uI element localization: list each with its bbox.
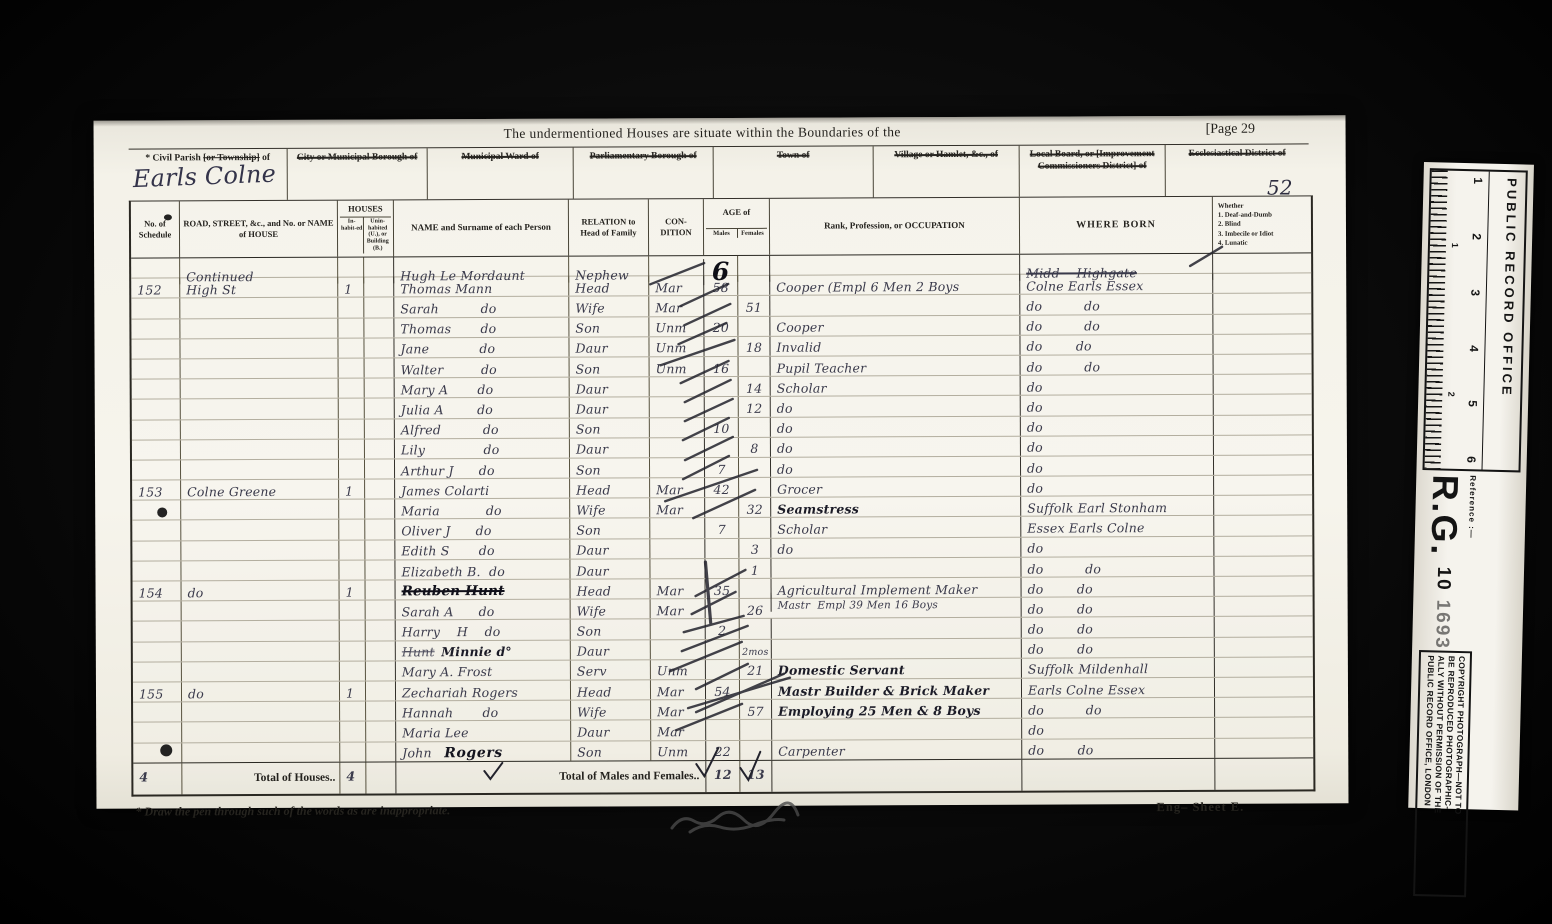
where-born-text: do do — [1028, 583, 1093, 596]
cell-age-male: 54 — [705, 680, 739, 699]
cell-uninhabited — [364, 479, 394, 498]
cell-relation: Son — [569, 519, 649, 539]
cell-relation: Head — [568, 277, 648, 297]
cell-road — [180, 500, 338, 520]
name-struck-prefix: Hunt — [402, 647, 435, 660]
cell-schedule-no: 152 — [131, 279, 179, 298]
cell-schedule-no — [133, 743, 181, 762]
cell-age-female: 57 — [739, 700, 771, 719]
cell-inhabited: 1 — [339, 581, 365, 600]
cell-uninhabited — [365, 641, 395, 660]
cell-age-male — [705, 660, 739, 679]
pro-ruler: 12 123456 PUBLIC RECORD OFFICE — [1422, 168, 1527, 472]
ruler-inch-number: 1 — [1450, 243, 1460, 248]
cell-age-male — [705, 720, 739, 739]
cell-road — [181, 621, 339, 641]
cell-disability — [1214, 718, 1307, 738]
cell-road: Colne Greene — [180, 480, 338, 500]
totals-males-females-label: Total of Males and Females.. — [395, 761, 705, 793]
col-header-disability: Whether1. Deaf-and-Dumb2. Blind3. Imbeci… — [1212, 196, 1305, 252]
cell-name: Jane do — [393, 337, 568, 357]
totals-occupation-blank — [771, 759, 1021, 791]
cell-age-female — [737, 276, 769, 295]
houses-subcolumns: In-habit-ed Unin-habited (U.), or Buildi… — [340, 216, 391, 254]
person-name: Mary A do — [401, 384, 494, 397]
person-name: Sarah A do — [402, 606, 495, 619]
person-name: Zechariah Rogers — [402, 687, 518, 700]
cell-schedule-no — [132, 359, 180, 378]
where-born-text: do — [1028, 725, 1044, 738]
cell-inhabited: 1 — [337, 278, 363, 297]
totals-males-value: 12 — [705, 761, 739, 792]
cell-schedule-no — [132, 440, 180, 459]
cell-where-born: do do — [1021, 637, 1214, 657]
cell-inhabited: 1 — [339, 681, 365, 700]
cell-schedule-no — [132, 521, 180, 540]
col-header-relation: RELATION to Head of Family — [568, 199, 648, 255]
cell-uninhabited — [364, 439, 394, 458]
cell-road — [180, 560, 338, 580]
cell-road — [181, 601, 339, 621]
cell-where-born: Essex Earls Colne — [1020, 516, 1213, 536]
reference-number: R.G.101693 — [1420, 474, 1466, 643]
cell-where-born: do do — [1021, 738, 1214, 758]
cell-age-female — [738, 458, 770, 477]
cell-age-female — [739, 740, 771, 759]
cell-schedule-no — [131, 319, 179, 338]
cell-uninhabited — [363, 338, 393, 357]
cell-age-female: 1 — [738, 559, 770, 578]
person-name: Lily do — [401, 444, 500, 457]
where-born-text: do — [1027, 442, 1043, 455]
cell-road — [180, 540, 338, 560]
cell-name: Mary A. Frost — [395, 660, 570, 680]
cell-schedule-no — [132, 561, 180, 580]
cell-where-born: do — [1020, 536, 1213, 556]
ruler-number: 2 — [1470, 233, 1484, 240]
cell-relation: Head — [570, 680, 650, 700]
cell-road — [179, 298, 337, 318]
cell-schedule-no — [132, 420, 180, 439]
cell-inhabited — [338, 560, 364, 579]
person-name: Thomas Mann — [400, 283, 492, 296]
cell-age-female — [737, 316, 769, 335]
cell-age-female: 8 — [738, 437, 770, 456]
where-born-text: do — [1027, 462, 1043, 475]
cell-occupation: Pupil Teacher — [770, 356, 1020, 376]
photostat-background: The undermentioned Houses are situate wi… — [0, 0, 1552, 924]
cell-name: Thomas do — [393, 317, 568, 337]
cell-disability — [1214, 576, 1307, 596]
cell-inhabited — [338, 399, 364, 418]
pro-office-title: PUBLIC RECORD OFFICE — [1497, 178, 1519, 476]
col-header-name: NAME and Surname of each Person — [393, 200, 568, 257]
situate-heading: The undermentioned Houses are situate wi… — [504, 124, 901, 142]
col-header-occupation: Rank, Profession, or OCCUPATION — [769, 198, 1019, 255]
cell-occupation: Cooper (Empl 6 Men 2 Boys — [769, 275, 1019, 295]
cell-age-female — [738, 417, 770, 436]
where-born-text: do do — [1026, 300, 1100, 313]
cell-disability — [1213, 415, 1306, 435]
cell-where-born: Colne Earls Essex — [1019, 274, 1212, 294]
cell-disability — [1213, 354, 1306, 374]
cell-schedule-no — [131, 339, 179, 358]
cell-age-female: 21 — [739, 660, 771, 679]
cell-disability — [1213, 496, 1306, 516]
cell-schedule-no — [131, 299, 179, 318]
person-name: Walter do — [401, 364, 497, 377]
cell-uninhabited — [364, 500, 394, 519]
person-name: Harry H do — [402, 626, 501, 639]
cell-occupation: Grocer — [770, 477, 1020, 497]
cell-age-male: 16 — [704, 357, 738, 376]
cell-where-born: do do — [1019, 335, 1212, 355]
where-born-text: do do — [1028, 745, 1093, 758]
cell-name: Maria Lee — [395, 721, 570, 741]
cell-age-male — [703, 296, 737, 315]
ruler-numbers: 123456 — [1461, 171, 1490, 469]
where-born-text: Suffolk Mildenhall — [1028, 664, 1148, 677]
cell-inhabited — [339, 661, 365, 680]
cell-relation: Wife — [570, 600, 650, 620]
cell-where-born: do — [1020, 375, 1213, 395]
locality-field-label: Town of — [714, 146, 873, 162]
cell-disability — [1214, 597, 1307, 617]
totals-born-blank — [1021, 759, 1214, 791]
cell-schedule-no — [133, 622, 181, 641]
col-header-males: Males — [706, 229, 737, 239]
cell-age-male — [705, 599, 739, 618]
cell-name: John Rogers — [395, 741, 570, 761]
cell-where-born: Suffolk Earl Stonham — [1020, 496, 1213, 516]
cell-inhabited — [339, 742, 365, 761]
cell-schedule-no: 153 — [132, 480, 180, 499]
cell-road — [180, 460, 338, 480]
cell-name: Sarah A do — [395, 600, 570, 620]
cell-age-female — [739, 720, 771, 739]
locality-field: * Civil Parish [or Township] of Earls Co… — [129, 149, 287, 201]
where-born-text: do — [1027, 402, 1043, 415]
locality-field-label: Local Board, or [Improvement Commissione… — [1020, 145, 1165, 173]
ruler-number: 3 — [1468, 289, 1482, 296]
cell-relation: Wife — [568, 297, 648, 317]
cell-uninhabited — [365, 742, 395, 761]
cell-age-male: 22 — [705, 740, 739, 759]
cell-occupation: Cooper — [769, 315, 1019, 335]
cell-condition: Unm — [648, 317, 703, 336]
cell-disability — [1212, 314, 1305, 334]
cell-name: Reuben Hunt — [395, 580, 570, 600]
cell-age-female — [738, 478, 770, 497]
where-born-text: do do — [1028, 623, 1093, 636]
cell-disability — [1213, 395, 1306, 415]
cell-age-male — [704, 498, 738, 517]
cell-age-male — [703, 337, 737, 356]
cell-name: Alfred do — [394, 418, 569, 438]
totals-females-value: 13 — [739, 760, 771, 791]
cell-inhabited — [337, 298, 363, 317]
cell-occupation: do — [770, 436, 1020, 456]
cell-uninhabited — [364, 379, 394, 398]
cell-relation: Son — [569, 418, 649, 438]
locality-field-label: Village or Hamlet, &c., of — [874, 146, 1019, 162]
cell-condition: Mar — [648, 276, 703, 295]
person-name: Thomas do — [400, 323, 496, 336]
cell-uninhabited — [365, 681, 395, 700]
cell-disability — [1214, 698, 1307, 718]
cell-schedule-no — [132, 400, 180, 419]
cell-name: Walter do — [394, 358, 569, 378]
cell-age-female: 3 — [738, 538, 770, 557]
cell-disability — [1213, 556, 1306, 576]
cell-road — [181, 702, 339, 722]
cell-name: Oliver J do — [394, 519, 569, 539]
houses-title: HOUSES — [340, 203, 391, 214]
where-born-text: Suffolk Earl Stonham — [1027, 502, 1167, 515]
cell-schedule-no — [132, 541, 180, 560]
cell-disability — [1214, 637, 1307, 657]
cell-condition: Mar — [650, 599, 705, 618]
locality-field: Ecclesiastical District of 52 — [1165, 144, 1309, 196]
cell-condition — [649, 418, 704, 437]
cell-age-male: 7 — [704, 458, 738, 477]
cell-occupation: Scholar — [770, 517, 1020, 537]
locality-field: Village or Hamlet, &c., of — [873, 146, 1019, 198]
where-born-text: do — [1027, 422, 1043, 435]
cell-condition: Unm — [650, 741, 705, 760]
cell-uninhabited — [365, 702, 395, 721]
cell-disability — [1213, 375, 1306, 395]
person-name: Elizabeth B. do — [401, 565, 505, 578]
cell-disability — [1212, 294, 1305, 314]
cell-name: Hunt Minnie d° — [395, 640, 570, 660]
cell-road — [181, 742, 339, 762]
cell-condition — [649, 519, 704, 538]
cell-condition — [649, 458, 704, 477]
cell-inhabited — [338, 379, 364, 398]
cell-condition: Mar — [650, 579, 705, 598]
cell-condition: Unm — [649, 357, 704, 376]
cell-where-born: do do — [1020, 355, 1213, 375]
cell-where-born: do do — [1019, 314, 1212, 334]
cell-inhabited — [337, 318, 363, 337]
cell-inhabited — [338, 500, 364, 519]
piece-number: 10 — [1433, 566, 1455, 592]
cell-age-female: 51 — [737, 296, 769, 315]
cell-uninhabited — [364, 399, 394, 418]
cell-where-born: do do — [1021, 577, 1214, 597]
cell-condition — [649, 397, 704, 416]
cell-road — [181, 661, 339, 681]
cell-occupation — [771, 719, 1021, 739]
cell-inhabited — [339, 722, 365, 741]
person-surname-overwrite: Rogers — [444, 746, 503, 760]
age-title: AGE of — [706, 207, 767, 218]
cell-schedule-no — [133, 723, 181, 742]
cell-inhabited — [338, 358, 364, 377]
disability-line: 3. Imbecile or Idiot — [1218, 229, 1303, 239]
table-body: Continued Hugh Le Mordaunt Nephew 6 Midd… — [131, 253, 1313, 762]
cell-schedule-no — [133, 662, 181, 681]
cell-relation: Son — [568, 317, 648, 337]
cell-road — [180, 359, 338, 379]
where-born-text: do do — [1028, 644, 1093, 657]
cell-age-female — [738, 518, 770, 537]
person-name: Arthur J do — [401, 465, 495, 478]
locality-field-label: Ecclesiastical District of — [1166, 144, 1309, 160]
cell-name: Edith S do — [394, 539, 569, 559]
cell-uninhabited — [365, 661, 395, 680]
where-born-text: do — [1027, 482, 1043, 495]
census-table: No. of Schedule ROAD, STREET, &c., and N… — [129, 195, 1316, 796]
cell-age-male — [705, 639, 739, 658]
cell-uninhabited — [364, 419, 394, 438]
cell-where-born: do — [1020, 436, 1213, 456]
cell-age-male: 6 — [703, 259, 737, 285]
cell-occupation: do — [770, 537, 1020, 557]
cell-road — [180, 439, 338, 459]
cell-schedule-no — [132, 460, 180, 479]
cell-road — [181, 722, 339, 742]
person-name: Sarah do — [400, 303, 496, 316]
pro-reference: Reference :— R.G.101693 — [1412, 470, 1485, 648]
cell-condition: Mar — [650, 680, 705, 699]
cell-age-male: 20 — [703, 316, 737, 335]
cell-occupation: Employing 25 Men & 8 Boys — [771, 699, 1021, 719]
cell-disability — [1213, 476, 1306, 496]
cell-where-born: do do — [1021, 617, 1214, 637]
page-number: [Page 29 — [1206, 122, 1255, 138]
col-header-age: AGE of Males Females — [703, 199, 769, 255]
cell-age-female: 18 — [737, 337, 769, 356]
cell-uninhabited — [364, 560, 394, 579]
cell-age-male: 42 — [704, 478, 738, 497]
col-header-condition: CON-DITION — [648, 199, 703, 255]
cell-name: Lily do — [394, 438, 569, 458]
cell-occupation: Mastr Empl 39 Men 16 Boys — [771, 592, 1021, 612]
cell-age-male — [704, 438, 738, 457]
locality-field-value: Earls Colne — [128, 161, 287, 191]
ruler-number: 5 — [1466, 401, 1480, 408]
cell-name: Hannah do — [395, 701, 570, 721]
cell-name: Mary A do — [394, 378, 569, 398]
totals-houses-label: Total of Houses.. — [181, 762, 339, 794]
where-born-text: Earls Colne Essex — [1028, 684, 1145, 697]
cell-road — [181, 641, 339, 661]
person-name: Mary A. Frost — [402, 666, 493, 679]
cell-schedule-no: 155 — [133, 682, 181, 701]
cell-disability — [1214, 738, 1307, 758]
cell-relation: Daur — [568, 337, 648, 357]
cell-age-female — [739, 619, 771, 638]
cell-occupation: Scholar — [770, 376, 1020, 396]
cell-disability — [1212, 274, 1305, 294]
cell-condition — [650, 640, 705, 659]
cell-where-born: do — [1020, 395, 1213, 415]
locality-field: Municipal Ward of — [427, 148, 573, 200]
cell-condition — [649, 377, 704, 396]
cell-inhabited — [337, 338, 363, 357]
cell-disability — [1214, 617, 1307, 637]
cell-occupation: do — [770, 396, 1020, 416]
where-born-text: do — [1027, 381, 1043, 394]
cell-uninhabited — [364, 540, 394, 559]
cell-relation: Son — [570, 620, 650, 640]
cell-uninhabited — [363, 298, 393, 317]
cell-relation: Wife — [570, 700, 650, 720]
ruler-number: 4 — [1467, 345, 1481, 352]
cell-disability — [1214, 677, 1307, 697]
cell-age-male: 7 — [704, 518, 738, 537]
col-header-houses: HOUSES In-habit-ed Unin-habited (U.), or… — [337, 200, 393, 256]
cell-where-born: do do — [1020, 557, 1213, 577]
person-name: Maria Lee — [402, 727, 469, 740]
totals-houses-value: 4 — [339, 762, 365, 793]
cell-road — [180, 399, 338, 419]
cell-where-born: Earls Colne Essex — [1021, 678, 1214, 698]
person-name: Edith S do — [401, 545, 494, 558]
cell-where-born: do — [1021, 718, 1214, 738]
locality-field: Local Board, or [Improvement Commissione… — [1019, 145, 1165, 197]
cell-road: do — [181, 581, 339, 601]
cell-uninhabited — [364, 459, 394, 478]
cell-age-male — [704, 559, 738, 578]
cell-where-born: do do — [1021, 698, 1214, 718]
cell-condition: Mar — [649, 478, 704, 497]
col-header-road: ROAD, STREET, &c., and No. or NAME of HO… — [179, 201, 337, 258]
cell-occupation: do — [770, 457, 1020, 477]
cell-uninhabited — [363, 318, 393, 337]
person-name: Reuben Hunt — [402, 585, 505, 599]
locality-field: Town of — [713, 146, 873, 198]
cell-condition — [649, 438, 704, 457]
cell-uninhabited — [363, 278, 393, 297]
cell-age-female: 2mos — [739, 639, 771, 658]
person-name: Maria do — [401, 505, 502, 518]
locality-field-label: City or Municipal Borough of — [288, 148, 427, 164]
cell-relation: Serv — [570, 660, 650, 680]
where-born-text: do do — [1027, 361, 1101, 374]
item-number: 1693 — [1431, 599, 1453, 650]
cell-age-female: 32 — [738, 498, 770, 517]
cell-where-born: do do — [1021, 597, 1214, 617]
sheet-label: Eng– Sheet E. — [1156, 799, 1244, 814]
totals-row: 4 Total of Houses.. 4 Total of Males and… — [133, 757, 1313, 794]
cell-condition — [649, 539, 704, 558]
col-header-where-born: WHERE BORN — [1019, 197, 1212, 254]
cell-age-female — [739, 579, 771, 598]
cell-inhabited — [338, 419, 364, 438]
table-header-row: No. of Schedule ROAD, STREET, &c., and N… — [131, 196, 1311, 258]
cell-name: Arthur J do — [394, 459, 569, 479]
cell-relation: Daur — [569, 559, 649, 579]
cell-uninhabited — [365, 580, 395, 599]
locality-field-label: Parliamentary Borough of — [574, 147, 713, 163]
col-header-inhabited: In-habit-ed — [340, 217, 364, 254]
person-name: Oliver J do — [401, 525, 491, 538]
cell-age-male: 2 — [705, 619, 739, 638]
cell-relation: Wife — [569, 499, 649, 519]
cell-inhabited — [339, 702, 365, 721]
cell-relation: Head — [569, 478, 649, 498]
totals-uninhabited-blank — [365, 762, 395, 793]
cell-occupation — [770, 558, 1020, 578]
cell-age-female: 14 — [738, 377, 770, 396]
cell-name: Thomas Mann — [393, 277, 568, 297]
cell-inhabited — [338, 459, 364, 478]
cell-condition: Unm — [650, 660, 705, 679]
cell-schedule-no — [133, 642, 181, 661]
